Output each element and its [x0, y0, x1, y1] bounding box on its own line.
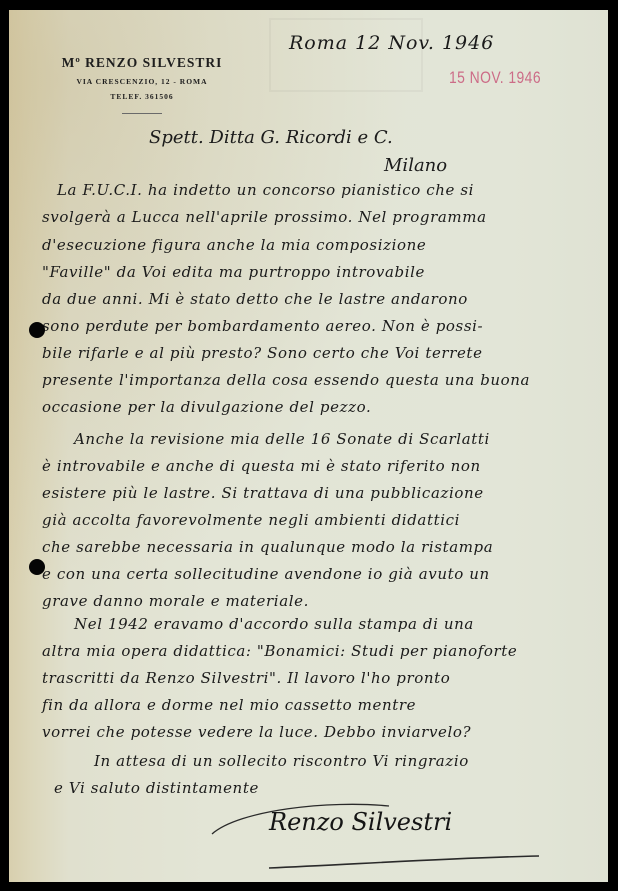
body-line: è introvabile e anche di questa mi è sta… — [42, 457, 481, 475]
body-line: Anche la revisione mia delle 16 Sonate d… — [74, 430, 490, 448]
body-line: sono perdute per bombardamento aereo. No… — [42, 317, 483, 335]
body-line: esistere più le lastre. Si trattava di u… — [42, 484, 484, 502]
received-date-stamp: 15 NOV. 1946 — [449, 68, 541, 88]
body-line: altra mia opera didattica: "Bonamici: St… — [42, 642, 517, 660]
body-line: trascritti da Renzo Silvestri". Il lavor… — [42, 669, 450, 687]
letterhead-divider — [122, 113, 162, 114]
letterhead: Mº RENZO SILVESTRI VIA CRESCENZIO, 12 - … — [27, 55, 257, 114]
punch-hole-upper — [29, 322, 45, 338]
body-line: d'esecuzione figura anche la mia composi… — [42, 236, 426, 254]
body-line: occasione per la divulgazione del pezzo. — [42, 398, 371, 416]
body-line: e con una certa sollecitudine avendone i… — [42, 565, 490, 583]
body-line: che sarebbe necessaria in qualunque modo… — [42, 538, 493, 556]
body-line: già accolta favorevolmente negli ambient… — [42, 511, 460, 529]
body-line: vorrei che potesse vedere la luce. Debbo… — [42, 723, 471, 741]
body-line: fin da allora e dorme nel mio cassetto m… — [42, 696, 416, 714]
body-line: svolgerà a Lucca nell'aprile prossimo. N… — [42, 208, 487, 226]
letterhead-address: VIA CRESCENZIO, 12 - ROMA — [27, 77, 257, 86]
body-line: bile rifarle e al più presto? Sono certo… — [42, 344, 483, 362]
letterhead-phone: TELEF. 361506 — [27, 92, 257, 101]
signature: Renzo Silvestri — [269, 808, 452, 836]
closing-line: In attesa di un sollecito riscontro Vi r… — [94, 752, 469, 770]
faint-watermark — [269, 18, 423, 92]
date-line: Roma 12 Nov. 1946 — [289, 32, 494, 54]
body-line: da due anni. Mi è stato detto che le las… — [42, 290, 468, 308]
punch-hole-lower — [29, 559, 45, 575]
closing-line: e Vi saluto distintamente — [54, 779, 259, 797]
letterhead-name: Mº RENZO SILVESTRI — [27, 55, 257, 71]
body-line: "Faville" da Voi edita ma purtroppo intr… — [42, 263, 425, 281]
letter-page: Mº RENZO SILVESTRI VIA CRESCENZIO, 12 - … — [9, 10, 608, 882]
body-line: grave danno morale e materiale. — [42, 592, 309, 610]
body-line: La F.U.C.I. ha indetto un concorso piani… — [57, 181, 474, 199]
body-line: Nel 1942 eravamo d'accordo sulla stampa … — [74, 615, 474, 633]
recipient-line: Spett. Ditta G. Ricordi e C. — [149, 127, 393, 148]
body-line: presente l'importanza della cosa essendo… — [42, 371, 530, 389]
recipient-city: Milano — [384, 155, 447, 176]
